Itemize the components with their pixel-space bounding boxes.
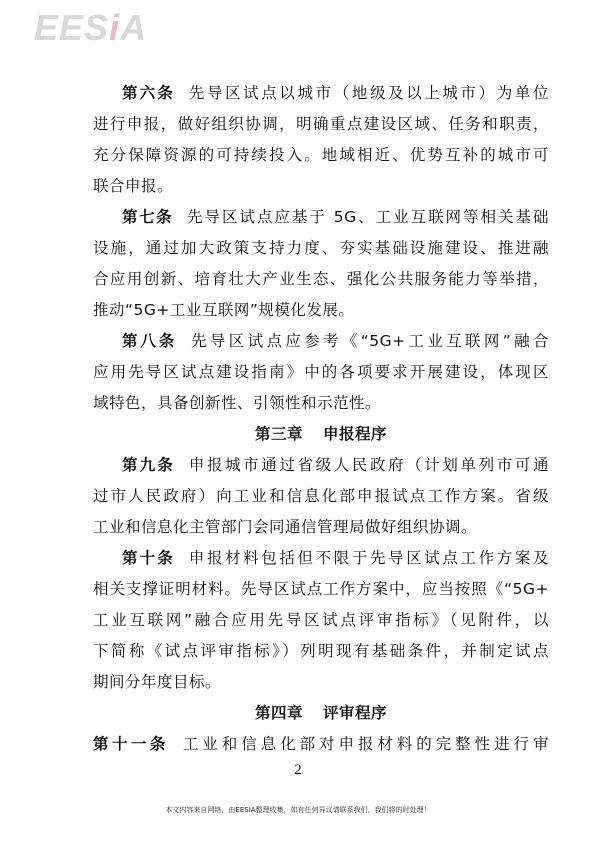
document-body: 第六条先导区试点以城市（地级及以上城市）为单位 进行申报，做好组织协调，明确重点… bbox=[93, 78, 549, 760]
paragraph-line: 第十一条工业和信息化部对申报材料的完整性进行审 bbox=[93, 729, 549, 760]
article-6: 第六条先导区试点以城市（地级及以上城市）为单位 进行申报，做好组织协调，明确重点… bbox=[93, 78, 549, 202]
article-heading: 第八条 bbox=[122, 332, 177, 350]
chapter-heading: 第三章申报程序 bbox=[93, 419, 549, 450]
paragraph-line: 域特色，具备创新性、引领性和示范性。 bbox=[93, 388, 549, 419]
article-11: 第十一条工业和信息化部对申报材料的完整性进行审 bbox=[93, 729, 549, 760]
paragraph-line: 联合申报。 bbox=[93, 171, 549, 202]
paragraph-line: 充分保障资源的可持续投入。地域相近、优势互补的城市可 bbox=[93, 140, 549, 171]
article-heading: 第六条 bbox=[122, 84, 175, 102]
article-heading: 第七条 bbox=[122, 208, 173, 226]
article-9: 第九条申报城市通过省级人民政府（计划单列市可通 过市人民政府）向工业和信息化部申… bbox=[93, 450, 549, 543]
paragraph-line: 过市人民政府）向工业和信息化部申报试点工作方案。省级 bbox=[93, 481, 549, 512]
paragraph-line: 相关支撑证明材料。先导区试点工作方案中，应当按照《“5G+ bbox=[93, 574, 549, 605]
paragraph-line: 工业和信息化主管部门会同通信管理局做好组织协调。 bbox=[93, 512, 549, 543]
article-10: 第十条申报材料包括但不限于先导区试点工作方案及 相关支撑证明材料。先导区试点工作… bbox=[93, 543, 549, 698]
paragraph-line: 应用先导区试点建设指南》中的各项要求开展建设，体现区 bbox=[93, 357, 549, 388]
source-disclaimer-footer: 本文内容来自网络，由EESIA整理收集，如有任何异议请联系我们，我们将的时处理！ bbox=[0, 805, 596, 815]
paragraph-line: 合应用创新、培育壮大产业生态、强化公共服务能力等举措， bbox=[93, 264, 549, 295]
paragraph-line: 第六条先导区试点以城市（地级及以上城市）为单位 bbox=[93, 78, 549, 109]
paragraph-line: 设施，通过加大政策支持力度、夯实基础设施建设、推进融 bbox=[93, 233, 549, 264]
article-heading: 第九条 bbox=[122, 456, 175, 474]
page-number: 2 bbox=[0, 762, 596, 779]
paragraph-line: 下简称《试点评审指标》）列明现有基础条件，并制定试点 bbox=[93, 636, 549, 667]
paragraph-line: 第八条先导区试点应参考《“5G+工业互联网”融合 bbox=[93, 326, 549, 357]
paragraph-line: 期间分年度目标。 bbox=[93, 667, 549, 698]
paragraph-line: 工业互联网”融合应用先导区试点评审指标》（见附件，以 bbox=[93, 605, 549, 636]
eesia-watermark-logo: EESiA bbox=[34, 8, 147, 48]
article-8: 第八条先导区试点应参考《“5G+工业互联网”融合 应用先导区试点建设指南》中的各… bbox=[93, 326, 549, 419]
paragraph-line: 推动“5G+工业互联网”规模化发展。 bbox=[93, 295, 549, 326]
paragraph-line: 第七条先导区试点应基于 5G、工业互联网等相关基础 bbox=[93, 202, 549, 233]
paragraph-line: 第十条申报材料包括但不限于先导区试点工作方案及 bbox=[93, 543, 549, 574]
paragraph-line: 第九条申报城市通过省级人民政府（计划单列市可通 bbox=[93, 450, 549, 481]
article-heading: 第十一条 bbox=[93, 735, 169, 753]
paragraph-line: 进行申报，做好组织协调，明确重点建设区域、任务和职责， bbox=[93, 109, 549, 140]
article-heading: 第十条 bbox=[122, 549, 175, 567]
chapter-heading: 第四章评审程序 bbox=[93, 698, 549, 729]
article-7: 第七条先导区试点应基于 5G、工业互联网等相关基础 设施，通过加大政策支持力度、… bbox=[93, 202, 549, 326]
